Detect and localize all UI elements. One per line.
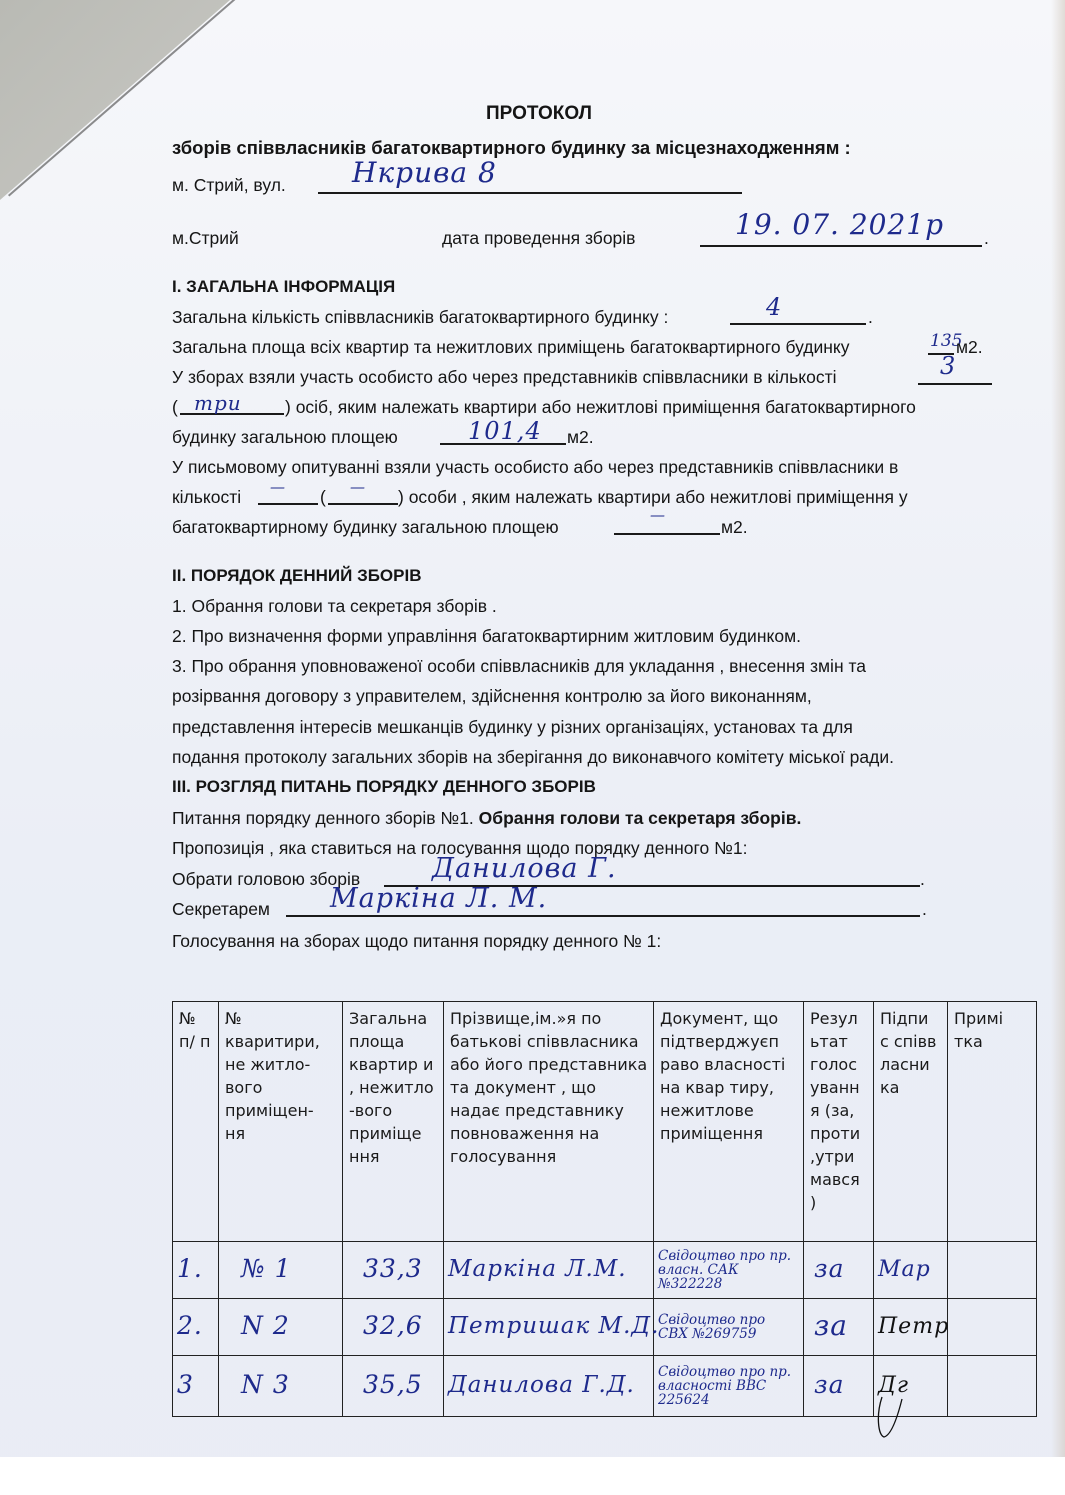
protocol-page: ПРОТОКОЛ зборів співвласників багатоквар… xyxy=(0,0,1065,1495)
written-poll-count-words: — xyxy=(350,480,365,495)
signature-flourish-icon xyxy=(872,1395,912,1440)
date-label: дата проведення зборів xyxy=(442,227,635,249)
note-cell xyxy=(948,1299,1037,1356)
header-ownership-document: Документ, що підтверджуєп раво власності… xyxy=(654,1002,804,1242)
secretary-value: Маркіна Л. М. xyxy=(330,886,547,912)
row-number: 3 xyxy=(177,1370,194,1399)
section1-heading: І. ЗАГАЛЬНА ІНФОРМАЦІЯ xyxy=(172,276,395,298)
written-poll-count-value: — xyxy=(270,480,285,495)
apartment-area: 33,3 xyxy=(363,1254,423,1283)
total-owners-value: 4 xyxy=(766,294,782,320)
header-owner-name: Прізвище,ім.»я по батькові співвласника … xyxy=(444,1002,654,1242)
agenda-item-3-line3: представлення інтересів мешканців будинк… xyxy=(172,716,853,738)
total-owners-underline xyxy=(730,323,866,325)
city-label: м.Стрий xyxy=(172,227,239,249)
secretary-period: . xyxy=(922,898,927,920)
agenda-item-3-line1: 3. Про обрання уповноваженої особи співв… xyxy=(172,655,866,677)
date-underline xyxy=(700,245,982,247)
table-row: 2. N 2 32,6 Петришак М.Д. Свідоцтво про … xyxy=(173,1299,1037,1356)
total-area-unit: м2. xyxy=(956,336,983,358)
document-subtitle: зборів співвласників багатоквартирного б… xyxy=(172,137,851,159)
agenda-item-1: 1. Обрання голови та секретаря зборів . xyxy=(172,595,497,617)
apartment-number: № 1 xyxy=(241,1254,292,1283)
table-row: 1. № 1 33,3 Маркіна Л.М. Свідоцтво про п… xyxy=(173,1242,1037,1299)
agenda-item-3-line4: подання протоколу загальних зборів на зб… xyxy=(172,746,894,768)
question-title: Обрання голови та секретаря зборів. xyxy=(474,808,802,828)
total-owners-label: Загальна кількість співвласників багаток… xyxy=(172,306,668,328)
note-cell xyxy=(948,1242,1037,1299)
participants-area-unit: м2. xyxy=(567,426,594,448)
written-poll-open-paren: ( xyxy=(320,486,326,508)
owner-name: Маркіна Л.М. xyxy=(448,1256,627,1282)
owner-signature: Мар xyxy=(878,1257,931,1282)
participants-label: У зборах взяли участь особисто або через… xyxy=(172,366,837,388)
secretary-label: Секретарем xyxy=(172,898,270,920)
agenda-item-3-line2: розірвання договору з управителем, здійс… xyxy=(172,685,812,707)
date-period: . xyxy=(984,227,989,249)
apartment-number: N 2 xyxy=(241,1311,290,1340)
owner-signature: Петр xyxy=(878,1314,949,1339)
participants-area-value: 101,4 xyxy=(468,418,542,444)
vote-result: за xyxy=(814,1254,845,1283)
vote-result: за xyxy=(814,1309,848,1342)
address-value: Нкрива 8 xyxy=(352,160,497,186)
owner-name: Петришак М.Д. xyxy=(448,1313,659,1339)
apartment-area: 32,6 xyxy=(363,1311,423,1340)
row-number: 1. xyxy=(177,1254,203,1283)
participants-words: три xyxy=(194,390,242,416)
ownership-document: Свідоцтво про пр. власн. САК №322228 xyxy=(658,1249,799,1291)
ownership-document: Свідоцтво про СВХ №269759 xyxy=(658,1313,799,1341)
question-prefix: Питання порядку денного зборів №1. xyxy=(172,808,474,828)
written-poll-area-unit: м2. xyxy=(721,516,748,538)
secretary-underline xyxy=(286,915,920,917)
written-poll-line1: У письмовому опитуванні взяли участь осо… xyxy=(172,456,898,478)
note-cell xyxy=(948,1356,1037,1417)
agenda-item-2: 2. Про визначення форми управління багат… xyxy=(172,625,801,647)
written-poll-area-underline xyxy=(614,533,720,535)
agenda-question-1: Питання порядку денного зборів №1. Обран… xyxy=(172,807,801,829)
written-poll-suffix: ) особи , яким належать квартири або неж… xyxy=(398,486,908,508)
total-owners-period: . xyxy=(868,306,873,328)
chair-period: . xyxy=(920,868,925,890)
participants-area-label: будинку загальною площею xyxy=(172,426,398,448)
section2-heading: ІІ. ПОРЯДОК ДЕННИЙ ЗБОРІВ xyxy=(172,565,422,587)
participants-underline xyxy=(918,383,992,385)
participants-open-paren: ( xyxy=(172,396,178,418)
participants-suffix: ) осіб, яким належать квартири або нежит… xyxy=(285,396,916,418)
voting-table: № п/ п № кваритири, не житло- вого примі… xyxy=(172,1001,1037,1417)
address-label: м. Стрий, вул. xyxy=(172,174,286,196)
header-note: Примі тка xyxy=(948,1002,1037,1242)
header-owner-signature: Підпи с співв ласни ка xyxy=(874,1002,948,1242)
row-number: 2. xyxy=(177,1311,203,1340)
written-poll-area-label: багатоквартирному будинку загальною площ… xyxy=(172,516,559,538)
table-header-row: № п/ п № кваритири, не житло- вого примі… xyxy=(173,1002,1037,1242)
written-poll-count-label: кількості xyxy=(172,486,241,508)
written-poll-words-underline xyxy=(328,503,398,505)
vote-result: за xyxy=(814,1370,845,1399)
chair-value: Данилова Г. xyxy=(432,856,617,882)
address-underline xyxy=(318,192,742,194)
total-area-label: Загальна площа всіх квартир та нежитлови… xyxy=(172,336,850,358)
apartment-area: 35,5 xyxy=(363,1370,423,1399)
document-title: ПРОТОКОЛ xyxy=(486,103,592,125)
apartment-number: N 3 xyxy=(241,1370,290,1399)
date-value: 19. 07. 2021р xyxy=(735,212,944,238)
header-row-number: № п/ п xyxy=(173,1002,219,1242)
section3-heading: ІІІ. РОЗГЛЯД ПИТАНЬ ПОРЯДКУ ДЕННОГО ЗБОР… xyxy=(172,776,596,798)
owner-name: Данилова Г.Д. xyxy=(448,1372,635,1398)
participants-value: 3 xyxy=(940,353,956,379)
header-apartment-number: № кваритири, не житло- вого приміщен- ня xyxy=(219,1002,343,1242)
written-poll-area-value: — xyxy=(650,508,665,523)
ownership-document: Свідоцтво про пр. власності ВВС 225624 xyxy=(658,1365,799,1407)
header-total-area: Загальна площа квартир и , нежитло -вого… xyxy=(343,1002,444,1242)
written-poll-count-underline xyxy=(258,503,318,505)
header-vote-result: Резул ьтат голос ування (за, проти ,утри… xyxy=(804,1002,874,1242)
voting-label: Голосування на зборах щодо питання поряд… xyxy=(172,930,661,952)
